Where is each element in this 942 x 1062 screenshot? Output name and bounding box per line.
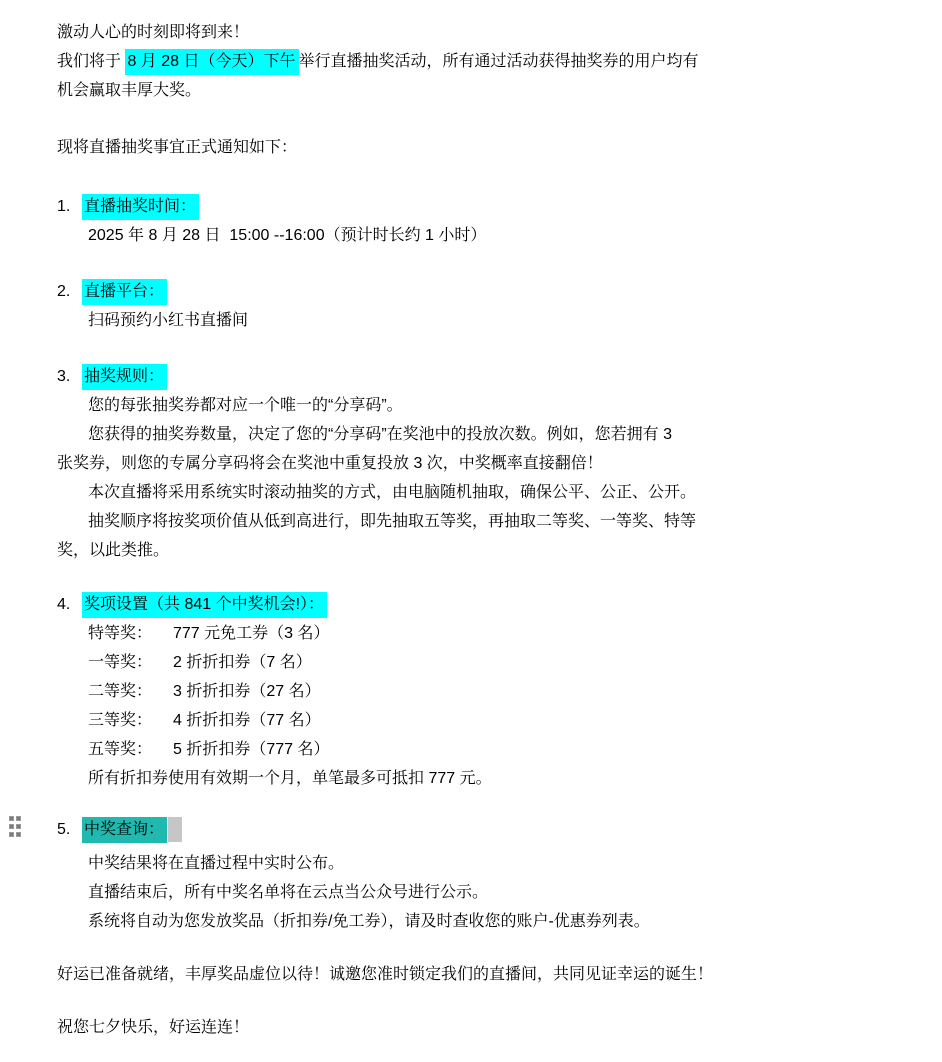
prize-tier-label: 一等奖： (88, 648, 173, 677)
prize-value: 4 折折扣券（77 名） (173, 712, 321, 729)
prize-value: 777 元免工券（3 名） (173, 625, 330, 642)
intro-line-2-post: 举行直播抽奖活动，所有通过活动获得抽奖券的用户均有 (299, 53, 699, 70)
intro-line-3: 机会赢取丰厚大奖。 (57, 76, 889, 105)
prize-row: 一等奖：2 折折扣券（7 名） (88, 648, 889, 677)
list-item-4-heading: 4.奖项设置（共 841 个中奖机会!）： (57, 590, 889, 619)
list-number: 3. (57, 362, 82, 391)
prize-value: 2 折折扣券（7 名） (173, 654, 312, 671)
highlighted-heading-rules: 抽奖规则： (82, 364, 167, 390)
prize-row: 三等奖：4 折折扣券（77 名） (88, 706, 889, 735)
intro-line-2-pre: 我们将于 (57, 53, 125, 70)
prize-row: 五等奖：5 折折扣券（777 名） (88, 735, 889, 764)
prize-tier-label: 二等奖： (88, 677, 173, 706)
rules-text-line: 本次直播将采用系统实时滚动抽奖的方式，由电脑随机抽取，确保公平、公正、公开。 (88, 478, 889, 507)
winner-query-line: 系统将自动为您发放奖品（折扣券/免工券），请及时查收您的账户-优惠券列表。 (88, 907, 889, 936)
list-number: 1. (57, 192, 82, 221)
rules-text-line: 您获得的抽奖券数量，决定了您的“分享码”在奖池中的投放次数。例如，您若拥有 3 (88, 420, 889, 449)
prize-tier-label: 特等奖： (88, 619, 173, 648)
intro-line-2: 我们将于 8 月 28 日（今天）下午举行直播抽奖活动，所有通过活动获得抽奖券的… (57, 47, 889, 76)
outro-line-1: 好运已准备就绪，丰厚奖品虚位以待！诚邀您准时锁定我们的直播间，共同见证幸运的诞生… (57, 960, 889, 989)
list-item-3-heading: 3.抽奖规则： (57, 362, 889, 391)
list-number: 5. (57, 815, 82, 844)
prize-value: 3 折折扣券（27 名） (173, 683, 321, 700)
drag-handle-icon[interactable] (10, 817, 20, 836)
list-item-2-heading: 2.直播平台： (57, 277, 889, 306)
prize-value: 5 折折扣券（777 名） (173, 741, 330, 758)
rules-text-line: 张奖券，则您的专属分享码将会在奖池中重复投放 3 次，中奖概率直接翻倍！ (57, 449, 889, 478)
list-item-1-heading: 1.直播抽奖时间： (57, 192, 889, 221)
notice-line: 现将直播抽奖事宜正式通知如下： (57, 133, 889, 162)
highlighted-date-text: 8 月 28 日（今天）下午 (125, 49, 298, 75)
winner-query-line: 中奖结果将在直播过程中实时公布。 (88, 849, 889, 878)
platform-value: 扫码预约小红书直播间 (88, 306, 889, 335)
document-body: 激动人心的时刻即将到来！ 我们将于 8 月 28 日（今天）下午举行直播抽奖活动… (57, 0, 889, 1042)
document-page: 激动人心的时刻即将到来！ 我们将于 8 月 28 日（今天）下午举行直播抽奖活动… (0, 0, 942, 1062)
prize-tier-label: 五等奖： (88, 735, 173, 764)
intro-line-1: 激动人心的时刻即将到来！ (57, 18, 889, 47)
prize-row: 特等奖：777 元免工券（3 名） (88, 619, 889, 648)
list-number: 2. (57, 277, 82, 306)
prize-tier-label: 三等奖： (88, 706, 173, 735)
outro-line-2: 祝您七夕快乐，好运连连！ (57, 1013, 889, 1042)
list-item-5-heading: 5.中奖查询： (57, 815, 889, 844)
highlighted-heading-draw-time: 直播抽奖时间： (82, 194, 199, 220)
draw-time-value: 2025 年 8 月 28 日 15:00 --16:00（预计时长约 1 小时… (88, 221, 889, 250)
highlighted-heading-winner-query-selected: 中奖查询： (82, 817, 167, 843)
rules-text-line: 您的每张抽奖券都对应一个唯一的“分享码”。 (88, 391, 889, 420)
prize-row: 二等奖：3 折折扣券（27 名） (88, 677, 889, 706)
winner-query-line: 直播结束后，所有中奖名单将在云点当公众号进行公示。 (88, 878, 889, 907)
highlighted-heading-platform: 直播平台： (82, 279, 167, 305)
highlighted-heading-prizes: 奖项设置（共 841 个中奖机会!）： (82, 592, 327, 618)
selection-tail (168, 817, 182, 842)
prize-note: 所有折扣券使用有效期一个月，单笔最多可抵扣 777 元。 (88, 764, 889, 793)
rules-text-line: 奖，以此类推。 (57, 536, 889, 565)
list-number: 4. (57, 590, 82, 619)
rules-text-line: 抽奖顺序将按奖项价值从低到高进行，即先抽取五等奖，再抽取二等奖、一等奖、特等 (88, 507, 889, 536)
